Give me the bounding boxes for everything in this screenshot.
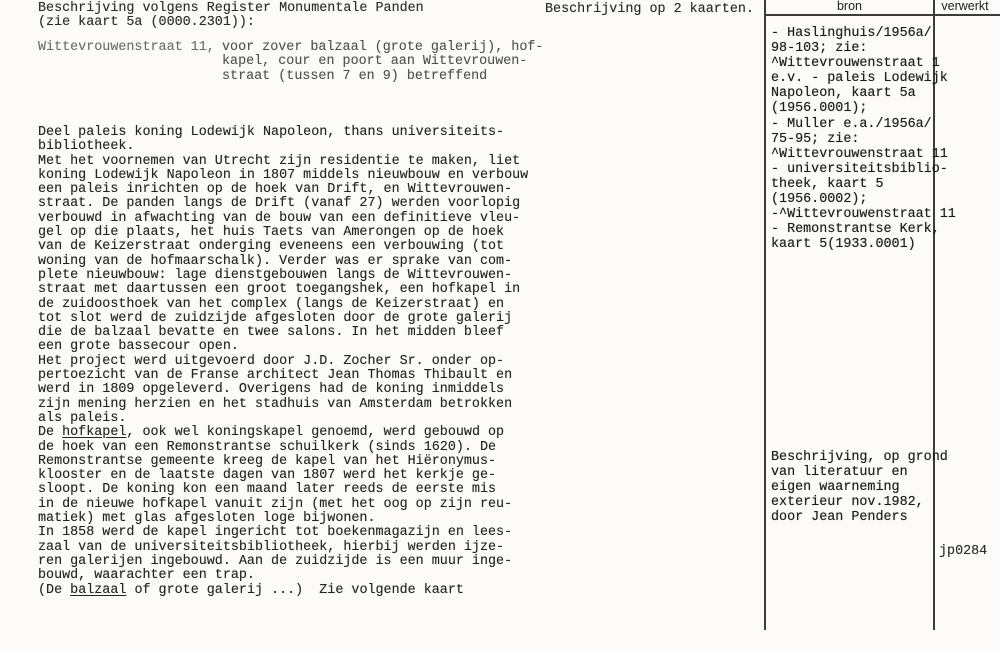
subject-scope: voor zover balzaal (grote galerij), hof-… bbox=[222, 41, 543, 84]
subject-address: Wittevrouwenstraat 11, bbox=[38, 41, 222, 84]
subject-block: Wittevrouwenstraat 11, voor zover balzaa… bbox=[38, 41, 543, 84]
bron-source-list: - Haslinghuis/1956a/ 98-103; zie: ^Witte… bbox=[771, 26, 956, 252]
register-heading: Beschrijving volgens Register Monumental… bbox=[38, 2, 424, 31]
table-header-rule bbox=[764, 14, 1000, 16]
scanned-monument-register-card: Beschrijving volgens Register Monumental… bbox=[0, 0, 1000, 649]
verwerkt-code: jp0284 bbox=[939, 545, 987, 559]
cards-count-note: Beschrijving op 2 kaarten. bbox=[545, 3, 754, 17]
column-header-verwerkt: verwerkt bbox=[935, 0, 995, 13]
table-border-left bbox=[764, 0, 766, 630]
description-text: Deel paleis koning Lodewijk Napoleon, th… bbox=[38, 126, 528, 598]
bron-description-note: Beschrijving, op grond van literatuur en… bbox=[771, 450, 948, 525]
column-header-bron: bron bbox=[766, 0, 933, 13]
